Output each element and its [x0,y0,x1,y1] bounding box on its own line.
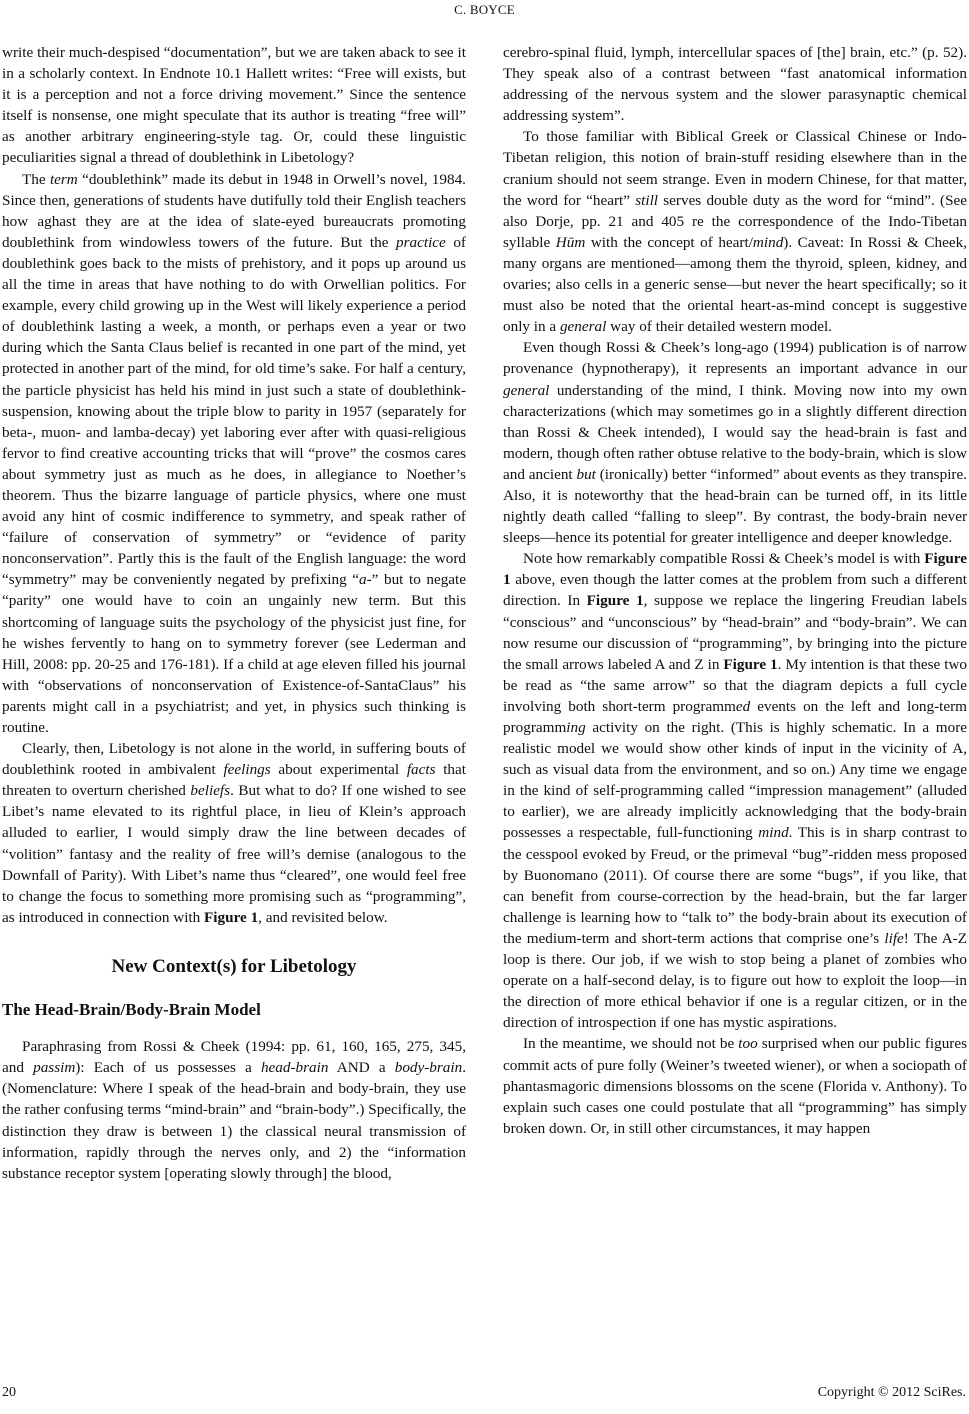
text: , and revisited below. [258,909,387,926]
copyright-notice: Copyright © 2012 SciRes. [818,1385,966,1401]
text: of doublethink goes back to the mists of… [2,234,466,589]
paragraph: Clearly, then, Libetology is not alone i… [2,738,466,928]
running-head: C. BOYCE [0,2,969,18]
text: about experimental [271,761,407,778]
paragraph: write their much-despised “documentation… [2,42,466,169]
paragraph: Note how remarkably compatible Rossi & C… [503,548,967,1033]
emphasis: a- [359,571,372,588]
text: . (Nomenclature: Where I speak of the he… [2,1059,466,1181]
emphasis: but [576,466,595,483]
text: write their much-despised “documentation… [2,44,466,166]
text: ” but to negate “parity” one would have … [2,571,466,736]
right-column: cerebro-spinal fluid, lymph, intercellul… [503,42,967,1139]
text: . But what to do? If one wished to see L… [2,782,466,926]
figure-reference: Figure 1 [587,592,644,609]
text: In the meantime, we should not be [523,1035,738,1052]
text: Even though Rossi & Cheek’s long-ago (19… [503,339,967,377]
figure-reference: Figure 1 [204,909,258,926]
paragraph: To those familiar with Biblical Greek or… [503,126,967,337]
paragraph: Even though Rossi & Cheek’s long-ago (19… [503,337,967,548]
figure-reference: Figure 1 [723,656,777,673]
emphasis: life [884,930,903,947]
emphasis: too [738,1035,757,1052]
paragraph: cerebro-spinal fluid, lymph, intercellul… [503,42,967,126]
text: ): Each of us possesses a [75,1059,261,1076]
text: cerebro-spinal fluid, lymph, intercellul… [503,44,967,124]
text: way of their detailed western model. [606,318,832,335]
emphasis: beliefs [190,782,230,799]
emphasis: facts [407,761,436,778]
emphasis: ing [566,719,585,736]
emphasis: body-brain [395,1059,463,1076]
emphasis: mind [758,824,788,841]
emphasis: term [50,171,78,188]
emphasis: general [560,318,606,335]
emphasis: feelings [223,761,270,778]
emphasis: Hūm [556,234,586,251]
emphasis: mind [753,234,783,251]
text: AND a [328,1059,394,1076]
text: . This is in sharp contrast to the cessp… [503,824,967,946]
text: Note how remarkably compatible Rossi & C… [523,550,924,567]
emphasis: still [635,192,658,209]
emphasis: head-brain [261,1059,329,1076]
paragraph: In the meantime, we should not be too su… [503,1033,967,1138]
left-column: write their much-despised “documentation… [2,42,466,1184]
paragraph: The term “doublethink” made its debut in… [2,169,466,739]
emphasis: passim [33,1059,75,1076]
subsection-title: The Head-Brain/Body-Brain Model [2,999,466,1020]
text: with the concept of heart/ [585,234,753,251]
page-number: 20 [2,1385,16,1401]
emphasis: ed [736,698,750,715]
emphasis: practice [396,234,446,251]
emphasis: general [503,382,549,399]
text: The [22,171,50,188]
section-title: New Context(s) for Libetology [2,956,466,977]
paragraph: Paraphrasing from Rossi & Cheek (1994: p… [2,1036,466,1184]
